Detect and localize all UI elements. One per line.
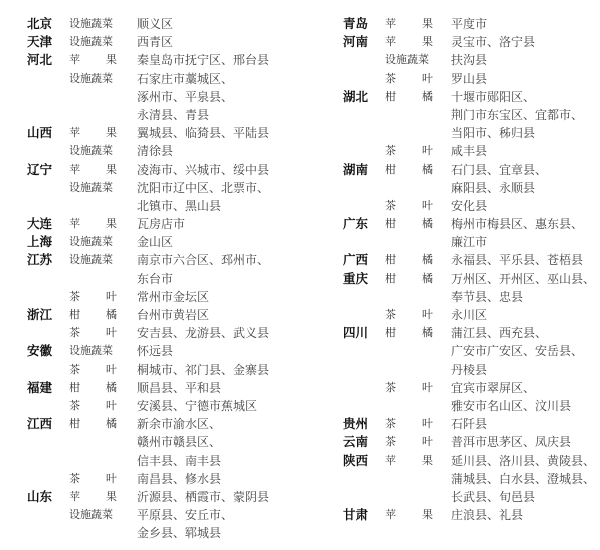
province-label: 云南: [343, 433, 368, 451]
table-row: 江西柑橘新余市渝水区、: [27, 415, 297, 433]
place-list: 安化县: [451, 197, 487, 215]
table-row: 东台市: [27, 270, 297, 288]
province-label: 浙江: [27, 306, 52, 324]
place-list: 奉节县、忠县: [451, 288, 523, 306]
place-list: 普洱市思茅区、凤庆县: [451, 433, 571, 451]
place-list: 蒲城县、白水县、澄城县、: [451, 470, 595, 488]
table-row: 辽宁苹果凌海市、兴城市、绥中县: [27, 161, 297, 179]
province-label: 湖北: [343, 88, 368, 106]
table-row: 茶叶咸丰县: [343, 142, 598, 160]
table-row: 重庆柑橘万州区、开州区、巫山县、: [343, 270, 598, 288]
table-row: 湖北柑橘十堰市郧阳区、: [343, 88, 598, 106]
place-list: 凌海市、兴城市、绥中县: [137, 161, 269, 179]
table-row: 荆门市东宝区、宜都市、: [343, 106, 598, 124]
province-label: 重庆: [343, 270, 368, 288]
province-label: 河南: [343, 33, 368, 51]
table-row: 江苏设施蔬菜南京市六合区、邳州市、: [27, 251, 297, 269]
table-row: 贵州茶叶石阡县: [343, 415, 598, 433]
table-row: 当阳市、秭归县: [343, 124, 598, 142]
province-label: 贵州: [343, 415, 368, 433]
right-column: 青岛苹果平度市河南苹果灵宝市、洛宁县设施蔬菜扶沟县茶叶罗山县湖北柑橘十堰市郧阳区…: [343, 15, 598, 524]
place-list: 长武县、旬邑县: [451, 488, 535, 506]
place-list: 永川区: [451, 306, 487, 324]
province-label: 北京: [27, 15, 52, 33]
place-list: 麻阳县、永顺县: [451, 179, 535, 197]
table-row: 长武县、旬邑县: [343, 488, 598, 506]
province-label: 湖南: [343, 161, 368, 179]
table-row: 赣州市赣县区、: [27, 433, 297, 451]
table-row: 山西苹果翼城县、临猗县、平陆县: [27, 124, 297, 142]
place-list: 灵宝市、洛宁县: [451, 33, 535, 51]
place-list: 永福县、平乐县、苍梧县: [451, 251, 583, 269]
left-column: 北京设施蔬菜顺义区天津设施蔬菜西青区河北苹果秦皇岛市抚宁区、邢台县设施蔬菜石家庄…: [27, 15, 297, 542]
table-row: 甘肃苹果庄浪县、礼县: [343, 506, 598, 524]
table-row: 信丰县、南丰县: [27, 452, 297, 470]
table-row: 茶叶安溪县、宁德市蕉城区: [27, 397, 297, 415]
place-list: 石门县、宜章县、: [451, 161, 547, 179]
category-label: 设施蔬菜: [69, 251, 117, 269]
table-row: 茶叶安化县: [343, 197, 598, 215]
table-row: 雅安市名山区、汶川县: [343, 397, 598, 415]
table-row: 茶叶常州市金坛区: [27, 288, 297, 306]
place-list: 万州区、开州区、巫山县、: [451, 270, 595, 288]
category-label: 设施蔬菜: [69, 70, 117, 88]
province-label: 福建: [27, 379, 52, 397]
table-row: 设施蔬菜清徐县: [27, 142, 297, 160]
table-row: 四川柑橘蒲江县、西充县、: [343, 324, 598, 342]
place-list: 南昌县、修水县: [137, 470, 221, 488]
table-row: 茶叶南昌县、修水县: [27, 470, 297, 488]
table-row: 安徽设施蔬菜怀远县: [27, 342, 297, 360]
place-list: 怀远县: [137, 342, 173, 360]
place-list: 涿州市、平泉县、: [137, 88, 233, 106]
place-list: 清徐县: [137, 142, 173, 160]
table-row: 上海设施蔬菜金山区: [27, 233, 297, 251]
category-label: 设施蔬菜: [69, 179, 117, 197]
place-list: 永清县、青县: [137, 106, 209, 124]
place-list: 东台市: [137, 270, 173, 288]
table-row: 奉节县、忠县: [343, 288, 598, 306]
province-label: 大连: [27, 215, 52, 233]
place-list: 庄浪县、礼县: [451, 506, 523, 524]
table-row: 广安市广安区、安岳县、: [343, 342, 598, 360]
province-label: 四川: [343, 324, 368, 342]
table-row: 设施蔬菜扶沟县: [343, 51, 598, 69]
category-label: 设施蔬菜: [69, 33, 117, 51]
category-label: 设施蔬菜: [69, 342, 117, 360]
table-row: 北京设施蔬菜顺义区: [27, 15, 297, 33]
table-row: 山东苹果沂源县、栖霞市、蒙阴县: [27, 488, 297, 506]
place-list: 南京市六合区、邳州市、: [137, 251, 269, 269]
place-list: 宜宾市翠屏区、: [451, 379, 535, 397]
table-row: 设施蔬菜沈阳市辽中区、北票市、: [27, 179, 297, 197]
place-list: 梅州市梅县区、惠东县、: [451, 215, 583, 233]
table-row: 广西柑橘永福县、平乐县、苍梧县: [343, 251, 598, 269]
province-label: 天津: [27, 33, 52, 51]
place-list: 石阡县: [451, 415, 487, 433]
place-list: 翼城县、临猗县、平陆县: [137, 124, 269, 142]
table-row: 永清县、青县: [27, 106, 297, 124]
province-label: 安徽: [27, 342, 52, 360]
table-row: 茶叶安吉县、龙游县、武义县: [27, 324, 297, 342]
table-row: 福建柑橘顺昌县、平和县: [27, 379, 297, 397]
province-label: 辽宁: [27, 161, 52, 179]
place-list: 蒲江县、西充县、: [451, 324, 547, 342]
place-list: 新余市渝水区、: [137, 415, 221, 433]
place-list: 安溪县、宁德市蕉城区: [137, 397, 257, 415]
table-row: 云南茶叶普洱市思茅区、凤庆县: [343, 433, 598, 451]
place-list: 荆门市东宝区、宜都市、: [451, 106, 583, 124]
place-list: 北镇市、黑山县: [137, 197, 221, 215]
table-row: 茶叶永川区: [343, 306, 598, 324]
table-row: 河南苹果灵宝市、洛宁县: [343, 33, 598, 51]
province-label: 广东: [343, 215, 368, 233]
place-list: 当阳市、秭归县: [451, 124, 535, 142]
place-list: 广安市广安区、安岳县、: [451, 342, 583, 360]
table-row: 蒲城县、白水县、澄城县、: [343, 470, 598, 488]
table-row: 设施蔬菜石家庄市藁城区、: [27, 70, 297, 88]
province-label: 陕西: [343, 452, 368, 470]
place-list: 顺昌县、平和县: [137, 379, 221, 397]
table-row: 湖南柑橘石门县、宜章县、: [343, 161, 598, 179]
table-row: 广东柑橘梅州市梅县区、惠东县、: [343, 215, 598, 233]
table-row: 丹棱县: [343, 361, 598, 379]
place-list: 雅安市名山区、汶川县: [451, 397, 571, 415]
place-list: 廉江市: [451, 233, 487, 251]
province-label: 山东: [27, 488, 52, 506]
place-list: 台州市黄岩区: [137, 306, 209, 324]
place-list: 丹棱县: [451, 361, 487, 379]
place-list: 桐城市、祁门县、金寨县: [137, 361, 269, 379]
table-row: 大连苹果瓦房店市: [27, 215, 297, 233]
table-row: 茶叶宜宾市翠屏区、: [343, 379, 598, 397]
place-list: 沈阳市辽中区、北票市、: [137, 179, 269, 197]
place-list: 金山区: [137, 233, 173, 251]
category-label: 设施蔬菜: [69, 142, 117, 160]
place-list: 西青区: [137, 33, 173, 51]
table-row: 天津设施蔬菜西青区: [27, 33, 297, 51]
place-list: 金乡县、郓城县: [137, 524, 221, 542]
place-list: 安吉县、龙游县、武义县: [137, 324, 269, 342]
province-label: 上海: [27, 233, 52, 251]
place-list: 赣州市赣县区、: [137, 433, 221, 451]
place-list: 罗山县: [451, 70, 487, 88]
table-row: 北镇市、黑山县: [27, 197, 297, 215]
place-list: 平度市: [451, 15, 487, 33]
table-row: 陕西苹果延川县、洛川县、黄陵县、: [343, 452, 598, 470]
place-list: 十堰市郧阳区、: [451, 88, 535, 106]
category-label: 设施蔬菜: [69, 233, 117, 251]
table-row: 金乡县、郓城县: [27, 524, 297, 542]
table-row: 涿州市、平泉县、: [27, 88, 297, 106]
place-list: 石家庄市藁城区、: [137, 70, 233, 88]
place-list: 瓦房店市: [137, 215, 185, 233]
table-row: 河北苹果秦皇岛市抚宁区、邢台县: [27, 51, 297, 69]
category-label: 设施蔬菜: [385, 51, 433, 69]
table-row: 廉江市: [343, 233, 598, 251]
place-list: 咸丰县: [451, 142, 487, 160]
place-list: 秦皇岛市抚宁区、邢台县: [137, 51, 269, 69]
place-list: 常州市金坛区: [137, 288, 209, 306]
table-row: 青岛苹果平度市: [343, 15, 598, 33]
place-list: 延川县、洛川县、黄陵县、: [451, 452, 595, 470]
place-list: 扶沟县: [451, 51, 487, 69]
category-label: 设施蔬菜: [69, 506, 117, 524]
table-row: 浙江柑橘台州市黄岩区: [27, 306, 297, 324]
place-list: 平原县、安丘市、: [137, 506, 233, 524]
province-label: 江苏: [27, 251, 52, 269]
province-label: 山西: [27, 124, 52, 142]
place-list: 信丰县、南丰县: [137, 452, 221, 470]
place-list: 顺义区: [137, 15, 173, 33]
province-label: 甘肃: [343, 506, 368, 524]
province-label: 青岛: [343, 15, 368, 33]
table-row: 茶叶罗山县: [343, 70, 598, 88]
place-list: 沂源县、栖霞市、蒙阴县: [137, 488, 269, 506]
province-label: 广西: [343, 251, 368, 269]
table-row: 茶叶桐城市、祁门县、金寨县: [27, 361, 297, 379]
table-row: 麻阳县、永顺县: [343, 179, 598, 197]
category-label: 设施蔬菜: [69, 15, 117, 33]
province-label: 河北: [27, 51, 52, 69]
table-row: 设施蔬菜平原县、安丘市、: [27, 506, 297, 524]
province-label: 江西: [27, 415, 52, 433]
